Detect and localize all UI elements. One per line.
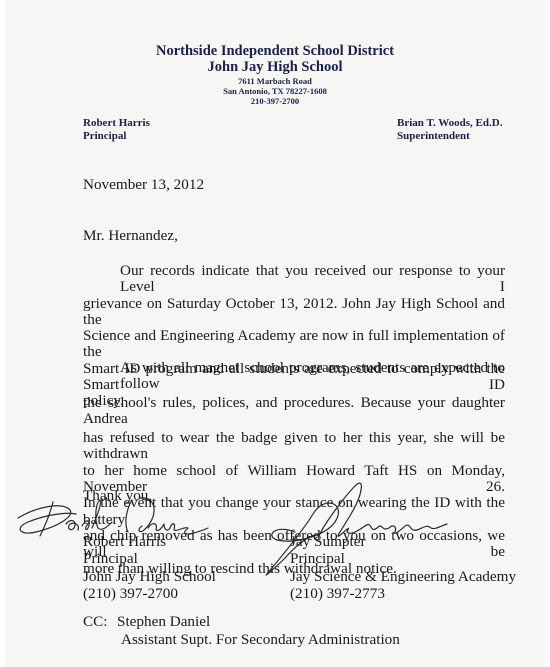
signatory-1-school: John Jay High School [83, 568, 216, 585]
address-line-1: 7611 Marbach Road [0, 76, 550, 86]
signatory-2-name: Jay Sumpter [290, 533, 516, 550]
paragraph-1-line: Our records indicate that you received o… [83, 263, 505, 296]
signatory-2: Jay Sumpter Principal Jay Science & Engi… [290, 533, 516, 602]
cc-label: CC: [83, 614, 107, 630]
letterhead-phone: 210-397-2700 [0, 96, 550, 106]
paragraph-2-line: the school's rules, polices, and procedu… [83, 395, 505, 428]
paragraph-1-line: Science and Engineering Academy are now … [83, 328, 505, 361]
signatory-2-phone: (210) 397-2773 [290, 585, 516, 602]
signatory-2-school: Jay Science & Engineering Academy [290, 568, 516, 585]
salutation: Mr. Hernandez, [83, 228, 178, 244]
school-name: John Jay High School [0, 59, 550, 75]
official-left-name: Robert Harris [83, 117, 150, 130]
address-line-2: San Antonio, TX 78227-1608 [0, 86, 550, 96]
paragraph-2-line: As with all magnet school programs, stud… [83, 360, 505, 393]
signatory-1-title: Principal [83, 550, 216, 567]
cc-title: Assistant Supt. For Secondary Administra… [121, 632, 400, 648]
district-name: Northside Independent School District [0, 43, 550, 59]
signatory-1-name: Robert Harris [83, 533, 216, 550]
cc-name: Stephen Daniel [117, 614, 210, 630]
signatory-1: Robert Harris Principal John Jay High Sc… [83, 533, 216, 602]
official-right-name: Brian T. Woods, Ed.D. [397, 117, 502, 130]
paragraph-2-line: has refused to wear the badge given to h… [83, 430, 505, 463]
signatory-2-title: Principal [290, 550, 516, 567]
official-right-title: Superintendent [397, 130, 470, 143]
signatory-1-phone: (210) 397-2700 [83, 585, 216, 602]
letter-date: November 13, 2012 [83, 177, 204, 193]
paragraph-1-line: grievance on Saturday October 13, 2012. … [83, 296, 505, 329]
official-left-title: Principal [83, 130, 126, 143]
